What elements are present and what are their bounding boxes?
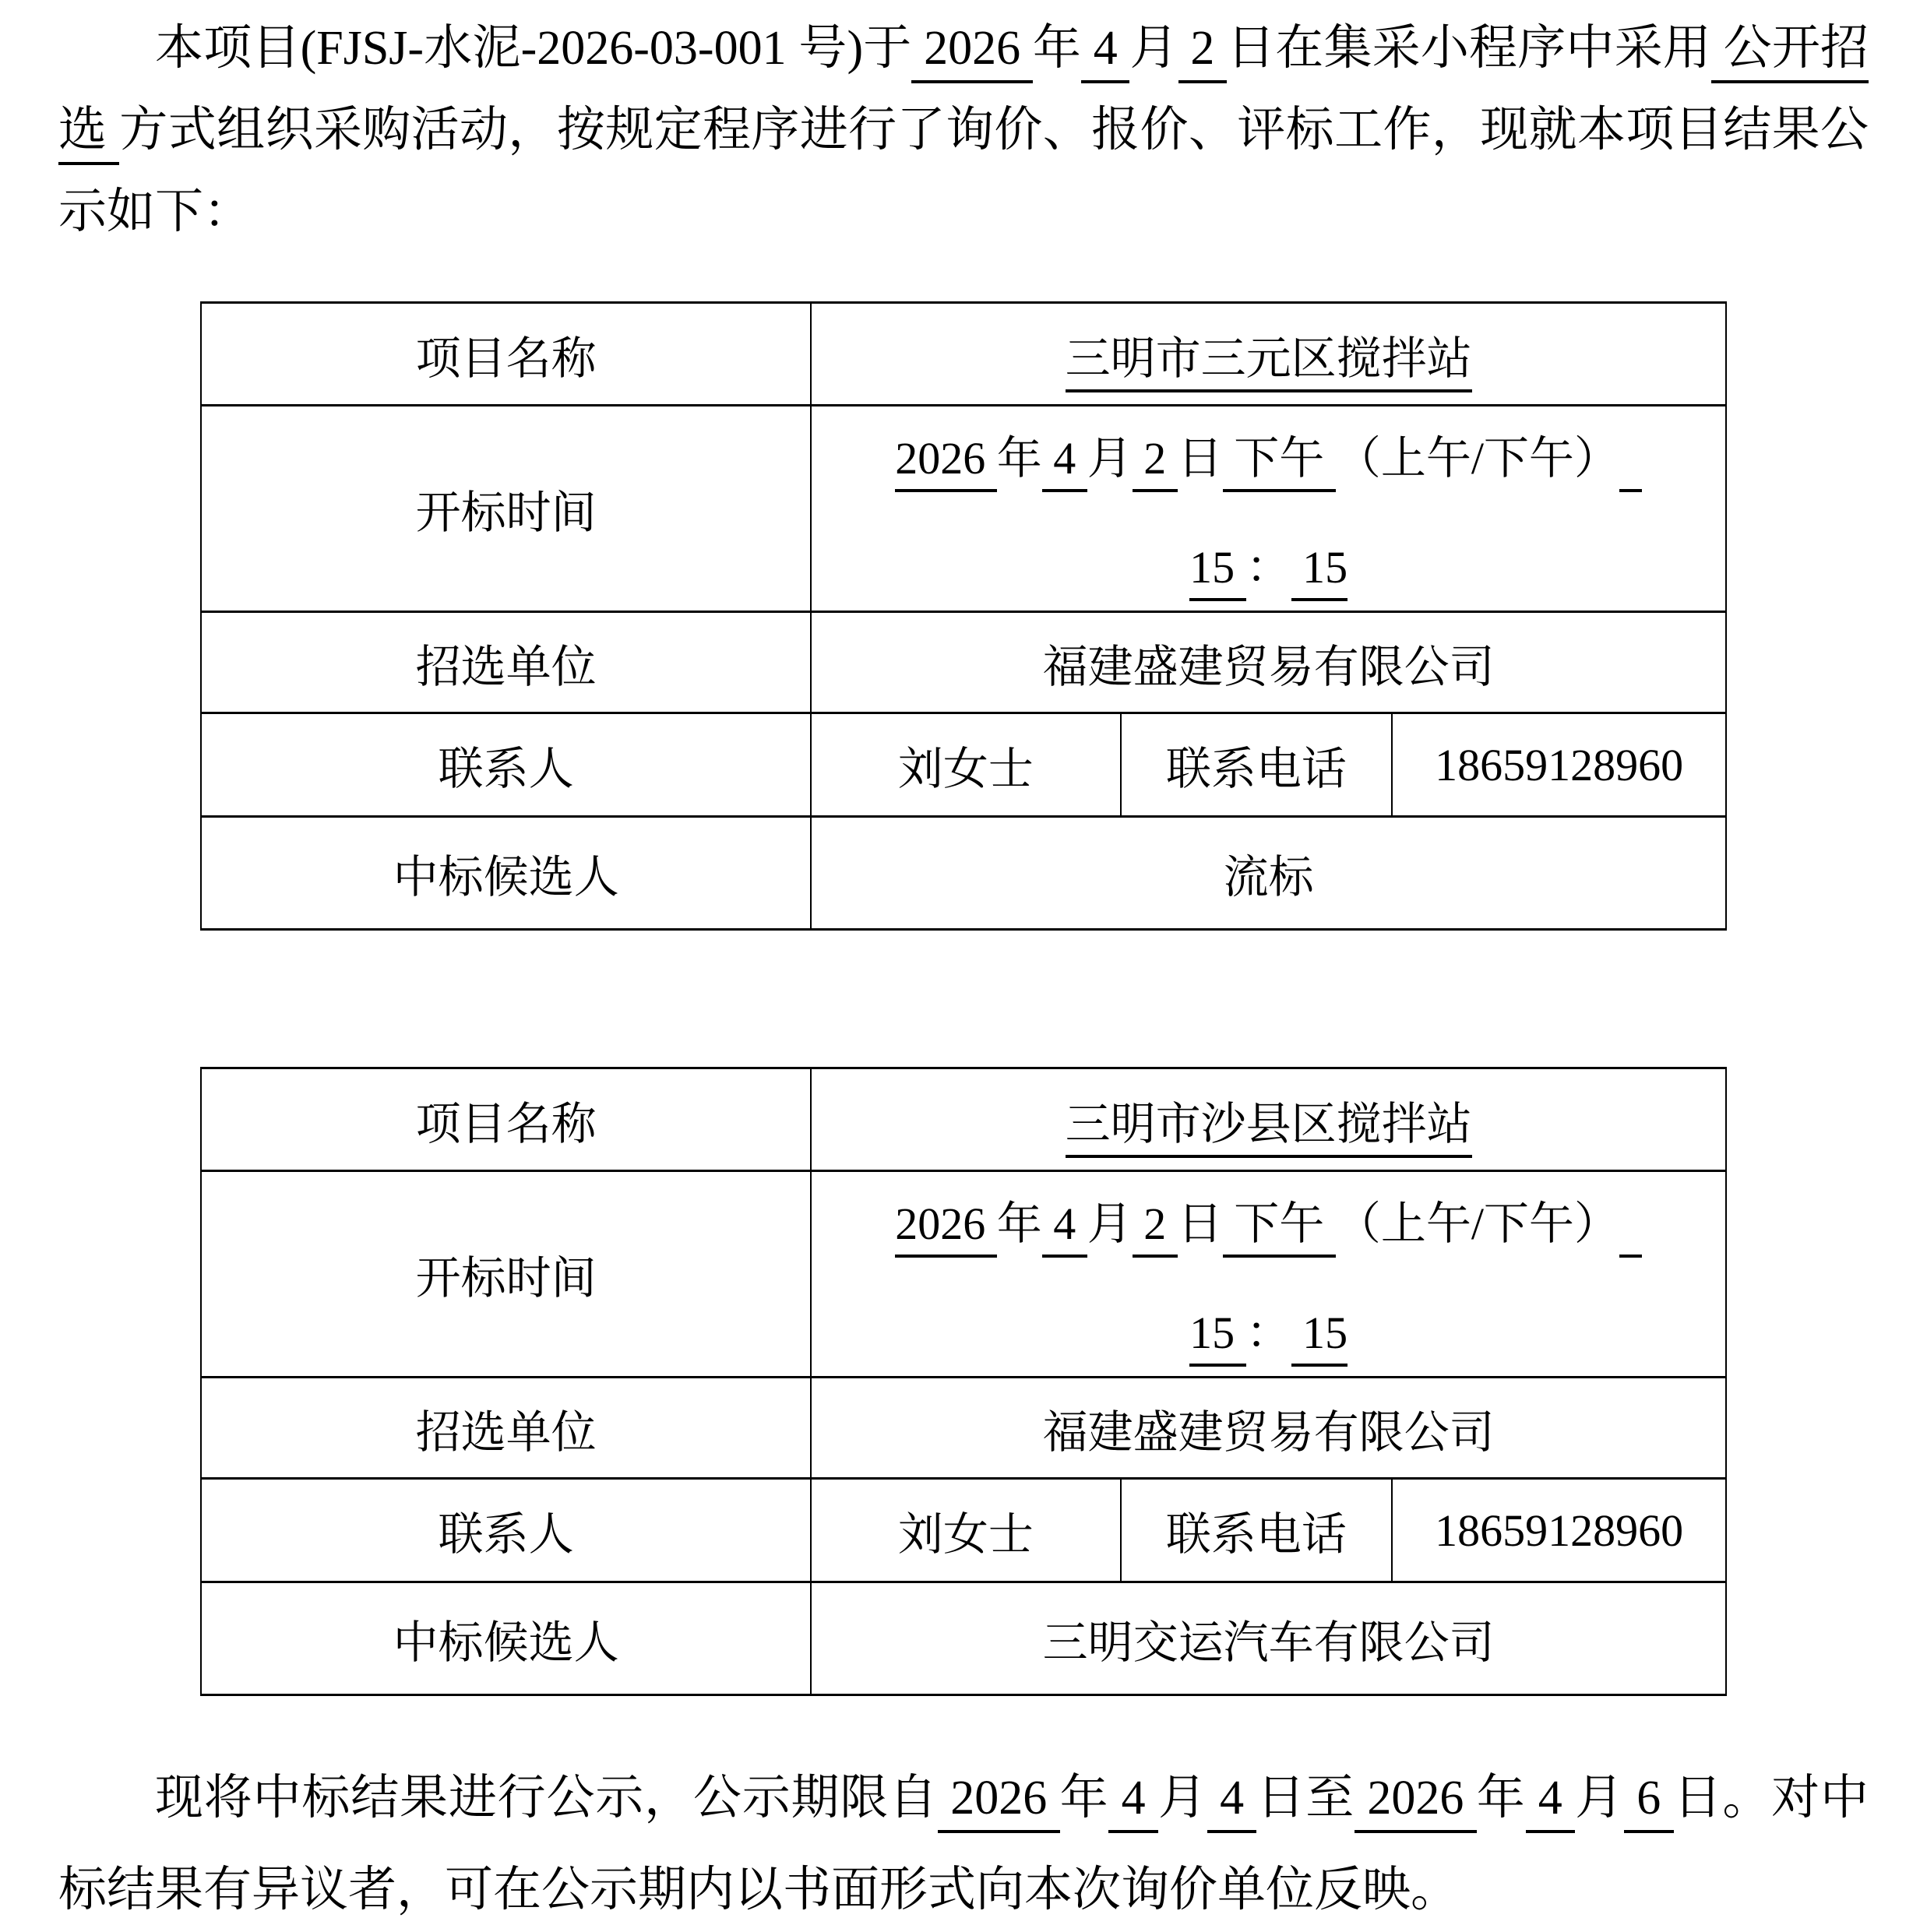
text-segment: 下午 bbox=[1223, 1198, 1336, 1258]
phone-label-cell: 联系电话 bbox=[1121, 713, 1393, 817]
text-segment: 月 bbox=[1575, 1772, 1624, 1825]
text-segment: 4 bbox=[1042, 1198, 1087, 1258]
winner-value-cell: 流标 bbox=[811, 817, 1726, 930]
open-time-line-1: 2026 年 4 月 2 日 下午 （上午/下午） bbox=[895, 421, 1642, 487]
text-segment: 下午 bbox=[1223, 433, 1336, 492]
text-segment: 4 bbox=[1108, 1772, 1158, 1833]
open-time-value: 2026 年 4 月 2 日 下午 （上午/下午） 15 ： 15 bbox=[819, 1187, 1717, 1361]
table-row: 联系人 刘女士 联系电话 18659128960 bbox=[201, 713, 1726, 817]
table-row: 中标候选人 流标 bbox=[201, 817, 1726, 930]
text-segment: 现将中标结果进行公示，公示期限自 bbox=[155, 1772, 938, 1825]
text-segment: 15 bbox=[1291, 1307, 1348, 1367]
table-row: 项目名称 三明市沙县区搅拌站 bbox=[201, 1068, 1726, 1171]
text-segment: 年 bbox=[1477, 1772, 1526, 1825]
text-segment: 月 bbox=[1158, 1772, 1207, 1825]
org-value-cell: 福建盛建贸易有限公司 bbox=[811, 612, 1726, 713]
open-time-value-cell: 2026 年 4 月 2 日 下午 （上午/下午） 15 ： 15 bbox=[811, 406, 1726, 612]
text-segment: （上午/下午） bbox=[1336, 1198, 1619, 1249]
text-segment: 月 bbox=[1087, 433, 1133, 484]
open-time-line-1: 2026 年 4 月 2 日 下午 （上午/下午） bbox=[895, 1187, 1642, 1252]
table-row: 联系人 刘女士 联系电话 18659128960 bbox=[201, 1479, 1726, 1582]
open-time-label-cell: 开标时间 bbox=[201, 406, 811, 612]
text-segment: 2026 bbox=[938, 1772, 1060, 1833]
project-name-label-cell: 项目名称 bbox=[201, 1068, 811, 1171]
table-row: 中标候选人 三明交运汽车有限公司 bbox=[201, 1582, 1726, 1695]
table-row: 招选单位 福建盛建贸易有限公司 bbox=[201, 612, 1726, 713]
text-segment: 月 bbox=[1129, 22, 1178, 75]
text-segment bbox=[1619, 1198, 1642, 1258]
text-segment: 日 bbox=[1178, 1198, 1223, 1249]
table-row: 招选单位 福建盛建贸易有限公司 bbox=[201, 1378, 1726, 1479]
project-table-2: 项目名称 三明市沙县区搅拌站 开标时间 2026 年 4 月 2 日 下午 （上… bbox=[200, 1067, 1727, 1696]
phone-value-cell: 18659128960 bbox=[1392, 1479, 1726, 1582]
project-name-label-cell: 项目名称 bbox=[201, 303, 811, 406]
closing-paragraph: 现将中标结果进行公示，公示期限自 2026 年 4 月 4 日至 2026 年 … bbox=[58, 1752, 1869, 1932]
text-segment: 本项目(FJSJ-水泥-2026-03-001 号)于 bbox=[155, 22, 911, 75]
open-time-line-2: 15 ： 15 bbox=[1189, 530, 1347, 596]
text-segment: 三明市沙县区搅拌站 bbox=[1066, 1099, 1472, 1158]
intro-paragraph: 本项目(FJSJ-水泥-2026-03-001 号)于 2026 年 4 月 2… bbox=[58, 8, 1869, 253]
open-time-label-cell: 开标时间 bbox=[201, 1171, 811, 1378]
text-segment: 方式组织采购活动，按规定程序进行了询价、报价、评标工作，现就本项目结果公示如下： bbox=[58, 104, 1869, 238]
text-segment: 4 bbox=[1042, 433, 1087, 492]
winner-label-cell: 中标候选人 bbox=[201, 817, 811, 930]
text-segment: 2 bbox=[1133, 433, 1178, 492]
contact-label-cell: 联系人 bbox=[201, 1479, 811, 1582]
org-value-cell: 福建盛建贸易有限公司 bbox=[811, 1378, 1726, 1479]
contact-value-cell: 刘女士 bbox=[811, 713, 1120, 817]
project-name-value-cell: 三明市三元区搅拌站 bbox=[811, 303, 1726, 406]
open-time-line-2: 15 ： 15 bbox=[1189, 1296, 1347, 1361]
text-segment bbox=[1619, 433, 1642, 492]
text-segment: 年 bbox=[997, 433, 1042, 484]
text-segment: 15 bbox=[1291, 542, 1348, 601]
table-row: 开标时间 2026 年 4 月 2 日 下午 （上午/下午） 15 ： 15 bbox=[201, 1171, 1726, 1378]
text-segment: 2 bbox=[1178, 22, 1227, 83]
open-time-value-cell: 2026 年 4 月 2 日 下午 （上午/下午） 15 ： 15 bbox=[811, 1171, 1726, 1378]
project-table-1: 项目名称 三明市三元区搅拌站 开标时间 2026 年 4 月 2 日 下午 （上… bbox=[200, 301, 1727, 931]
text-segment: 4 bbox=[1526, 1772, 1576, 1833]
text-segment: ： bbox=[1246, 1307, 1291, 1358]
text-segment: 三明市三元区搅拌站 bbox=[1066, 333, 1472, 392]
text-segment: 日 bbox=[1178, 433, 1223, 484]
phone-label-cell: 联系电话 bbox=[1121, 1479, 1393, 1582]
text-segment: 15 bbox=[1189, 1307, 1246, 1367]
text-segment: 2026 bbox=[911, 22, 1032, 83]
winner-label-cell: 中标候选人 bbox=[201, 1582, 811, 1695]
contact-label-cell: 联系人 bbox=[201, 713, 811, 817]
text-segment: 4 bbox=[1207, 1772, 1257, 1833]
document-page: 本项目(FJSJ-水泥-2026-03-001 号)于 2026 年 4 月 2… bbox=[0, 0, 1927, 1932]
text-segment: 年 bbox=[1033, 22, 1081, 75]
text-segment: 2026 bbox=[1355, 1772, 1477, 1833]
table-row: 开标时间 2026 年 4 月 2 日 下午 （上午/下午） 15 ： 15 bbox=[201, 406, 1726, 612]
text-segment: 日至 bbox=[1256, 1772, 1355, 1825]
phone-value-cell: 18659128960 bbox=[1392, 713, 1726, 817]
text-segment: 年 bbox=[1060, 1772, 1109, 1825]
text-segment: 6 bbox=[1624, 1772, 1674, 1833]
text-segment: （上午/下午） bbox=[1336, 433, 1619, 484]
text-segment: 2026 bbox=[895, 433, 997, 492]
project-name-value-cell: 三明市沙县区搅拌站 bbox=[811, 1068, 1726, 1171]
text-segment: 月 bbox=[1087, 1198, 1133, 1249]
text-segment: 日在集采小程序中采用 bbox=[1227, 22, 1711, 75]
text-segment: 年 bbox=[997, 1198, 1042, 1249]
open-time-value: 2026 年 4 月 2 日 下午 （上午/下午） 15 ： 15 bbox=[819, 421, 1717, 596]
text-segment: 2026 bbox=[895, 1198, 997, 1258]
winner-value-cell: 三明交运汽车有限公司 bbox=[811, 1582, 1726, 1695]
text-segment: 2 bbox=[1133, 1198, 1178, 1258]
text-segment: 4 bbox=[1081, 22, 1129, 83]
org-label-cell: 招选单位 bbox=[201, 1378, 811, 1479]
org-label-cell: 招选单位 bbox=[201, 612, 811, 713]
contact-value-cell: 刘女士 bbox=[811, 1479, 1120, 1582]
text-segment: 15 bbox=[1189, 542, 1246, 601]
table-row: 项目名称 三明市三元区搅拌站 bbox=[201, 303, 1726, 406]
text-segment: ： bbox=[1246, 542, 1291, 593]
